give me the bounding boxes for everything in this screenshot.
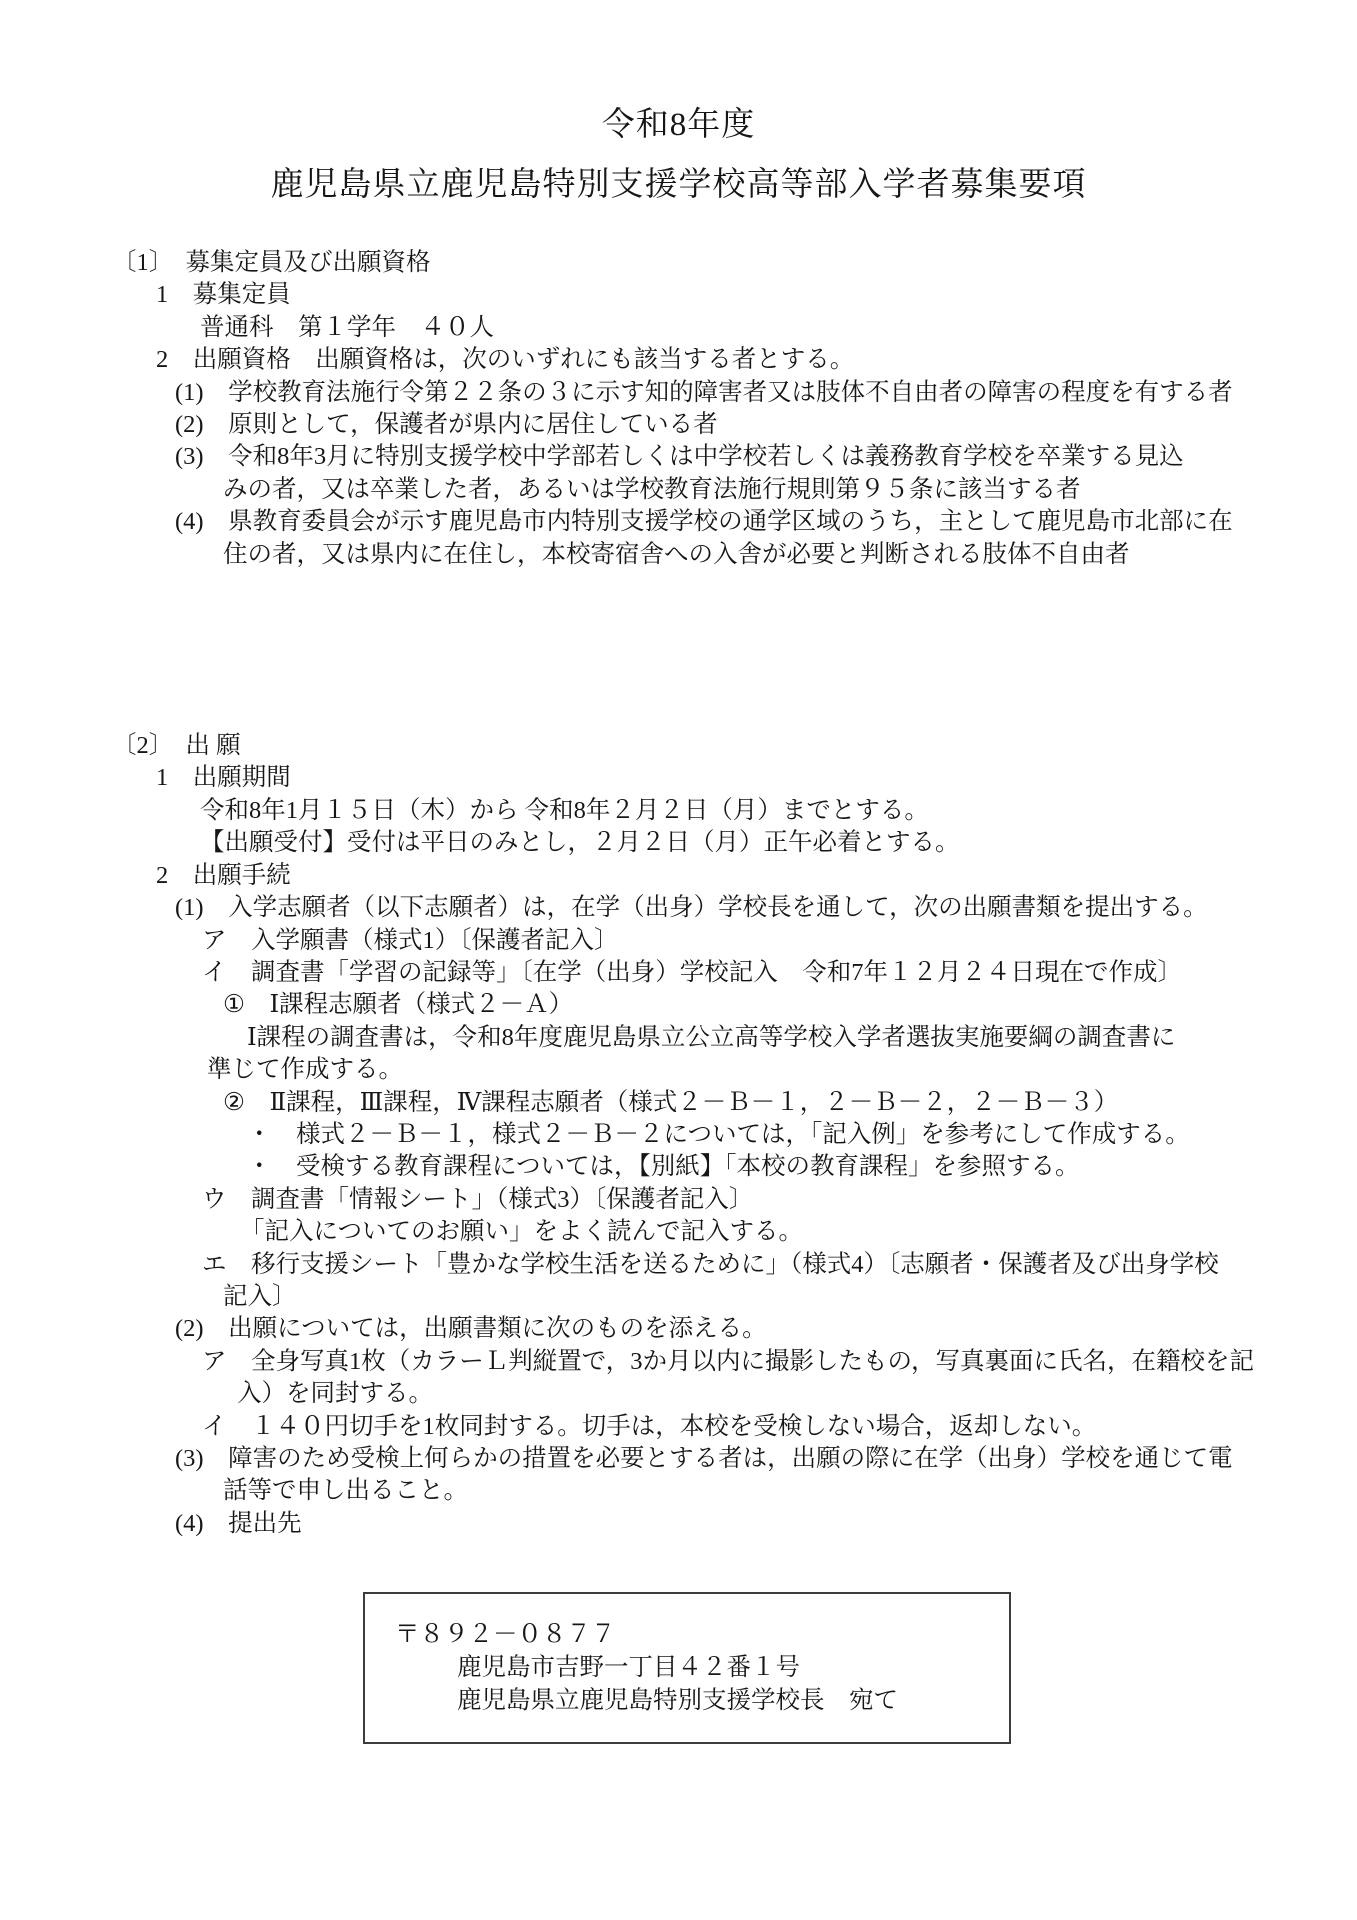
document-line: (1) 入学志願者（以下志願者）は，在学（出身）学校長を通して，次の出願書類を提… [175, 892, 1357, 924]
document-line: (2) 原則として，保護者が県内に居住している者 [175, 409, 1357, 441]
document-line: (4) 提出先 [175, 1508, 1357, 1540]
document-line: ① Ⅰ課程志願者（様式２－Ａ） [223, 989, 1357, 1021]
section-1-heading: 〔1〕 募集定員及び出願資格 [112, 247, 1357, 279]
document-line: (2) 出願については，出願書類に次のものを添える。 [175, 1313, 1357, 1345]
document-line: 1 出願期間 [156, 762, 1357, 794]
document-line: 令和8年1月１５日（木）から 令和8年２月２日（月）までとする。 [200, 795, 1357, 827]
postal-code: 〒８９２－０８７７ [395, 1618, 1009, 1651]
document-line: 話等で申し出ること。 [223, 1475, 1357, 1507]
document-body: 〔1〕 募集定員及び出願資格 1 募集定員 普通科 第１学年 ４０人 2 出願資… [0, 247, 1357, 1540]
document-line: Ⅰ課程の調査書は，令和8年度鹿児島県立公立高等学校入学者選抜実施要綱の調査書に [247, 1022, 1357, 1054]
address-line: 鹿児島市吉野一丁目４２番１号 [457, 1651, 1009, 1684]
document-line: ・ 受検する教育課程については，【別紙】「本校の教育課程」を参照する。 [247, 1151, 1357, 1183]
document-line: ア 全身写真1枚（カラーＬ判縦置で，3か月以内に撮影したもの，写真裏面に氏名，在… [202, 1346, 1357, 1378]
document-line: 1 募集定員 [156, 279, 1357, 311]
document-line: ウ 調査書「情報シート」（様式3）〔保護者記入〕 [202, 1184, 1357, 1216]
document-line: みの者，又は卒業した者，あるいは学校教育法施行規則第９５条に該当する者 [223, 474, 1357, 506]
document-line: 【出願受付】受付は平日のみとし，２月２日（月）正午必着とする。 [200, 827, 1357, 859]
document-page: 令和8年度 鹿児島県立鹿児島特別支援学校高等部入学者募集要項 〔1〕 募集定員及… [0, 0, 1357, 1920]
document-line: エ 移行支援シート「豊かな学校生活を送るために」（様式4）〔志願者・保護者及び出… [202, 1249, 1357, 1281]
address-box: 〒８９２－０８７７ 鹿児島市吉野一丁目４２番１号 鹿児島県立鹿児島特別支援学校長… [363, 1592, 1011, 1744]
document-line: イ 調査書「学習の記録等」〔在学（出身）学校記入 令和7年１２月２４日現在で作成… [202, 957, 1357, 989]
document-line: 普通科 第１学年 ４０人 [200, 312, 1357, 344]
page-title: 令和8年度 [0, 104, 1357, 146]
section-2-heading: 〔2〕 出 願 [112, 730, 1357, 762]
document-line: 2 出願資格 出願資格は，次のいずれにも該当する者とする。 [156, 344, 1357, 376]
document-line: 住の者，又は県内に在住し，本校寄宿舎への入舎が必要と判断される肢体不自由者 [223, 539, 1357, 571]
document-line: ② Ⅱ課程，Ⅲ課程，Ⅳ課程志願者（様式２－Ｂ－１，２－Ｂ－２，２－Ｂ－３） [223, 1087, 1357, 1119]
document-line: 記入〕 [223, 1281, 1357, 1313]
document-line: ・ 様式２－Ｂ－１，様式２－Ｂ－２については，「記入例」を参考にして作成する。 [247, 1119, 1357, 1151]
document-line: 入）を同封する。 [237, 1378, 1357, 1410]
document-line: (3) 障害のため受検上何らかの措置を必要とする者は，出願の際に在学（出身）学校… [175, 1443, 1357, 1475]
document-line: (1) 学校教育法施行令第２２条の３に示す知的障害者又は肢体不自由者の障害の程度… [175, 377, 1357, 409]
document-line: (4) 県教育委員会が示す鹿児島市内特別支援学校の通学区域のうち，主として鹿児島… [175, 506, 1357, 538]
document-line: 2 出願手続 [156, 860, 1357, 892]
page-subtitle: 鹿児島県立鹿児島特別支援学校高等部入学者募集要項 [0, 164, 1357, 206]
recipient-line: 鹿児島県立鹿児島特別支援学校長 宛て [457, 1684, 1009, 1717]
document-line: (3) 令和8年3月に特別支援学校中学部若しくは中学校若しくは義務教育学校を卒業… [175, 441, 1357, 473]
document-line: 準じて作成する。 [207, 1054, 1357, 1086]
document-line: 「記入についてのお願い」をよく読んで記入する。 [240, 1216, 1357, 1248]
document-line: ア 入学願書（様式1）〔保護者記入〕 [202, 925, 1357, 957]
document-line: イ １４０円切手を1枚同封する。切手は，本校を受検しない場合，返却しない。 [202, 1411, 1357, 1443]
